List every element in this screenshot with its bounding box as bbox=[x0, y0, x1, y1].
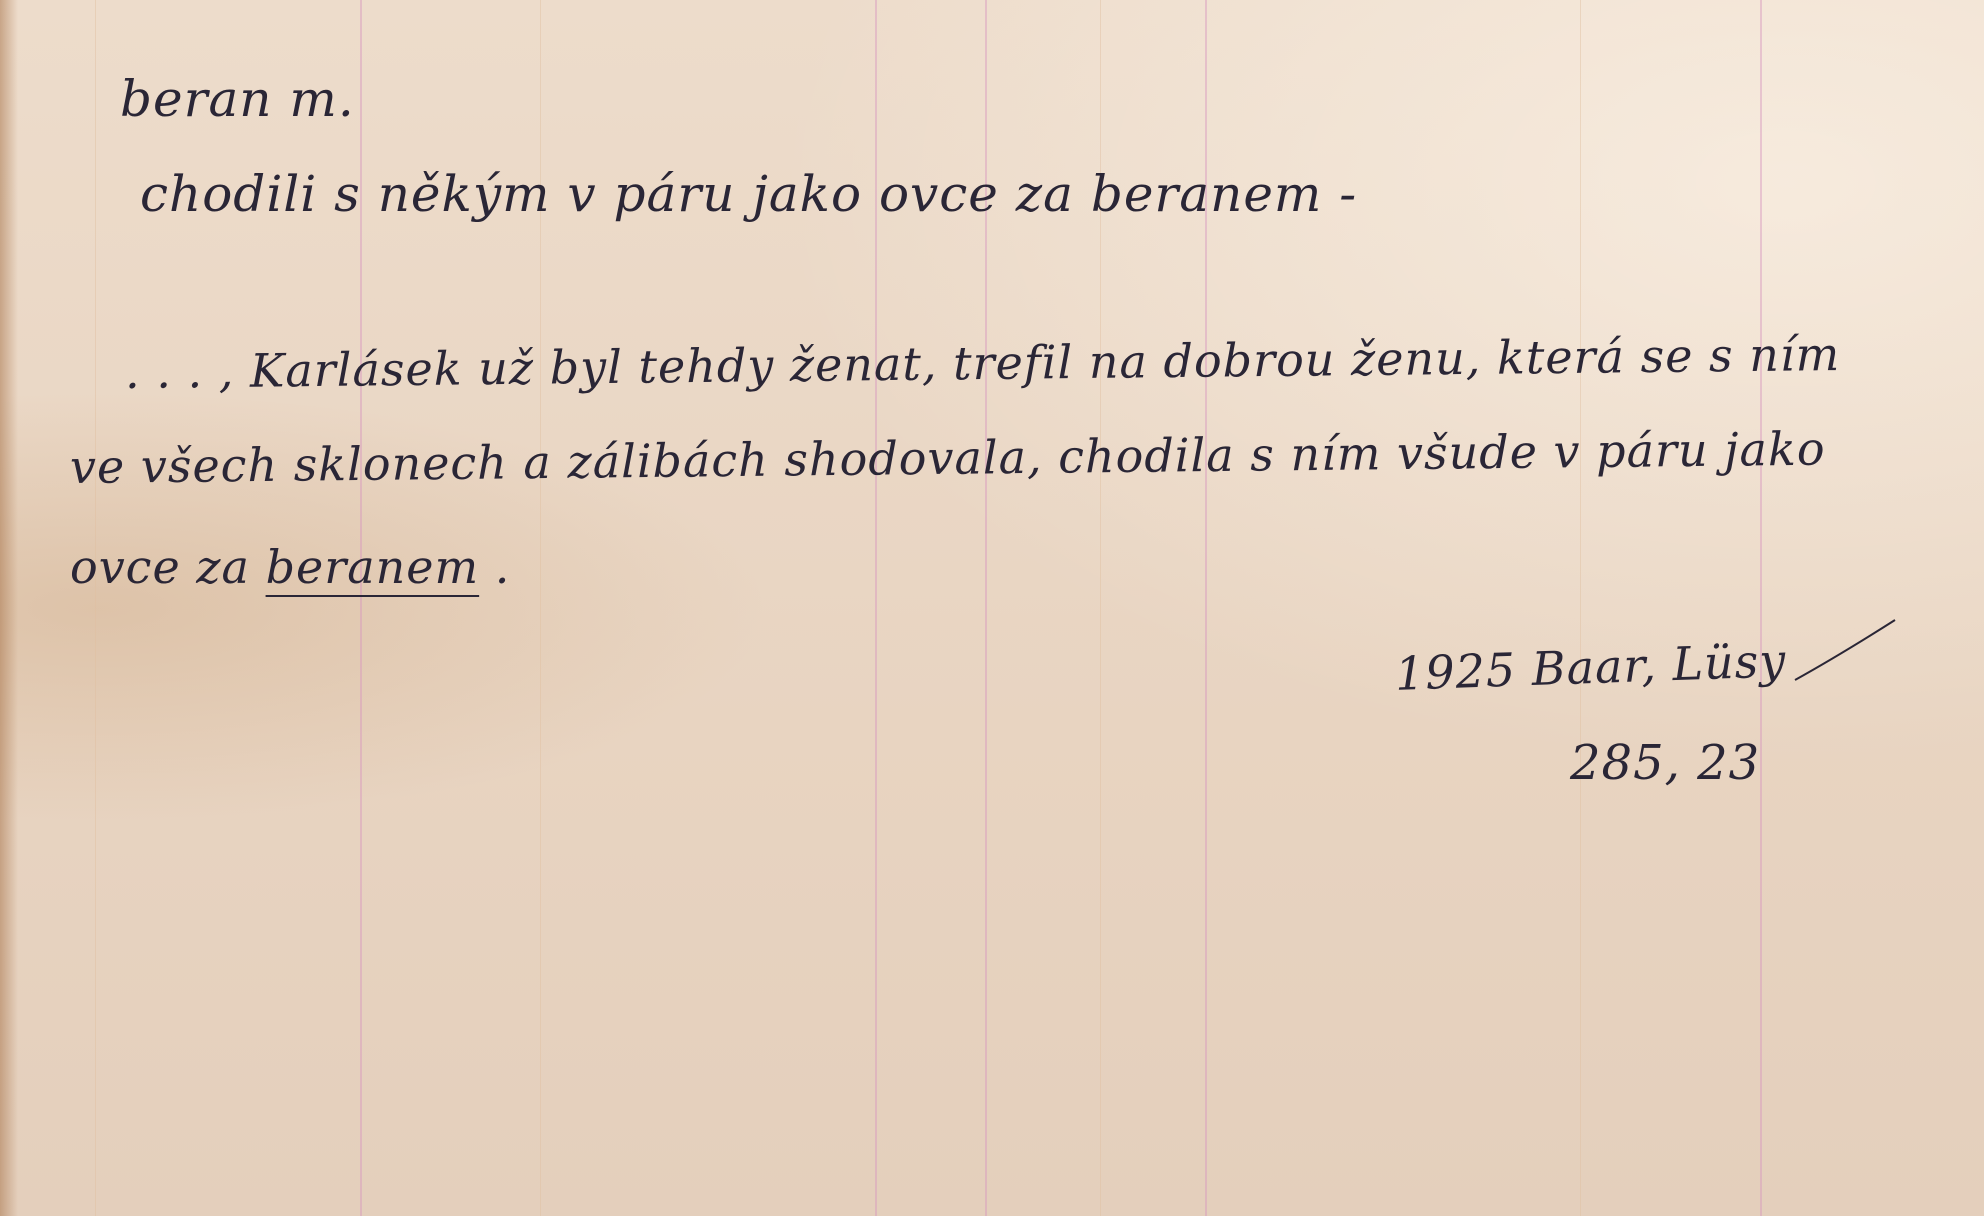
ruled-line bbox=[1760, 0, 1762, 1216]
card-edge-shadow bbox=[0, 0, 18, 1216]
headword: beran m. bbox=[120, 70, 355, 128]
source-reference: 1925 Baar, Lüsy bbox=[1394, 633, 1787, 701]
citation-line-1: . . . , Karlásek už byl tehdy ženat, tre… bbox=[125, 327, 1841, 399]
underlined-headword: beranem bbox=[266, 540, 480, 594]
citation-line-2: ve všech sklonech a zálibách shodovala, … bbox=[70, 422, 1826, 494]
citation-line-3-suffix: . bbox=[479, 540, 510, 594]
citation-line-3: ovce za beranem . bbox=[70, 540, 510, 594]
citation-line-3-prefix: ovce za bbox=[70, 540, 266, 594]
signature-flourish-icon bbox=[1790, 615, 1900, 685]
ruled-line bbox=[95, 0, 96, 1216]
index-card: beran m. chodili s někým v páru jako ovc… bbox=[0, 0, 1984, 1216]
idiom-phrase: chodili s někým v páru jako ovce za bera… bbox=[140, 165, 1357, 223]
page-reference: 285, 23 bbox=[1570, 735, 1760, 791]
ruled-line bbox=[1580, 0, 1581, 1216]
